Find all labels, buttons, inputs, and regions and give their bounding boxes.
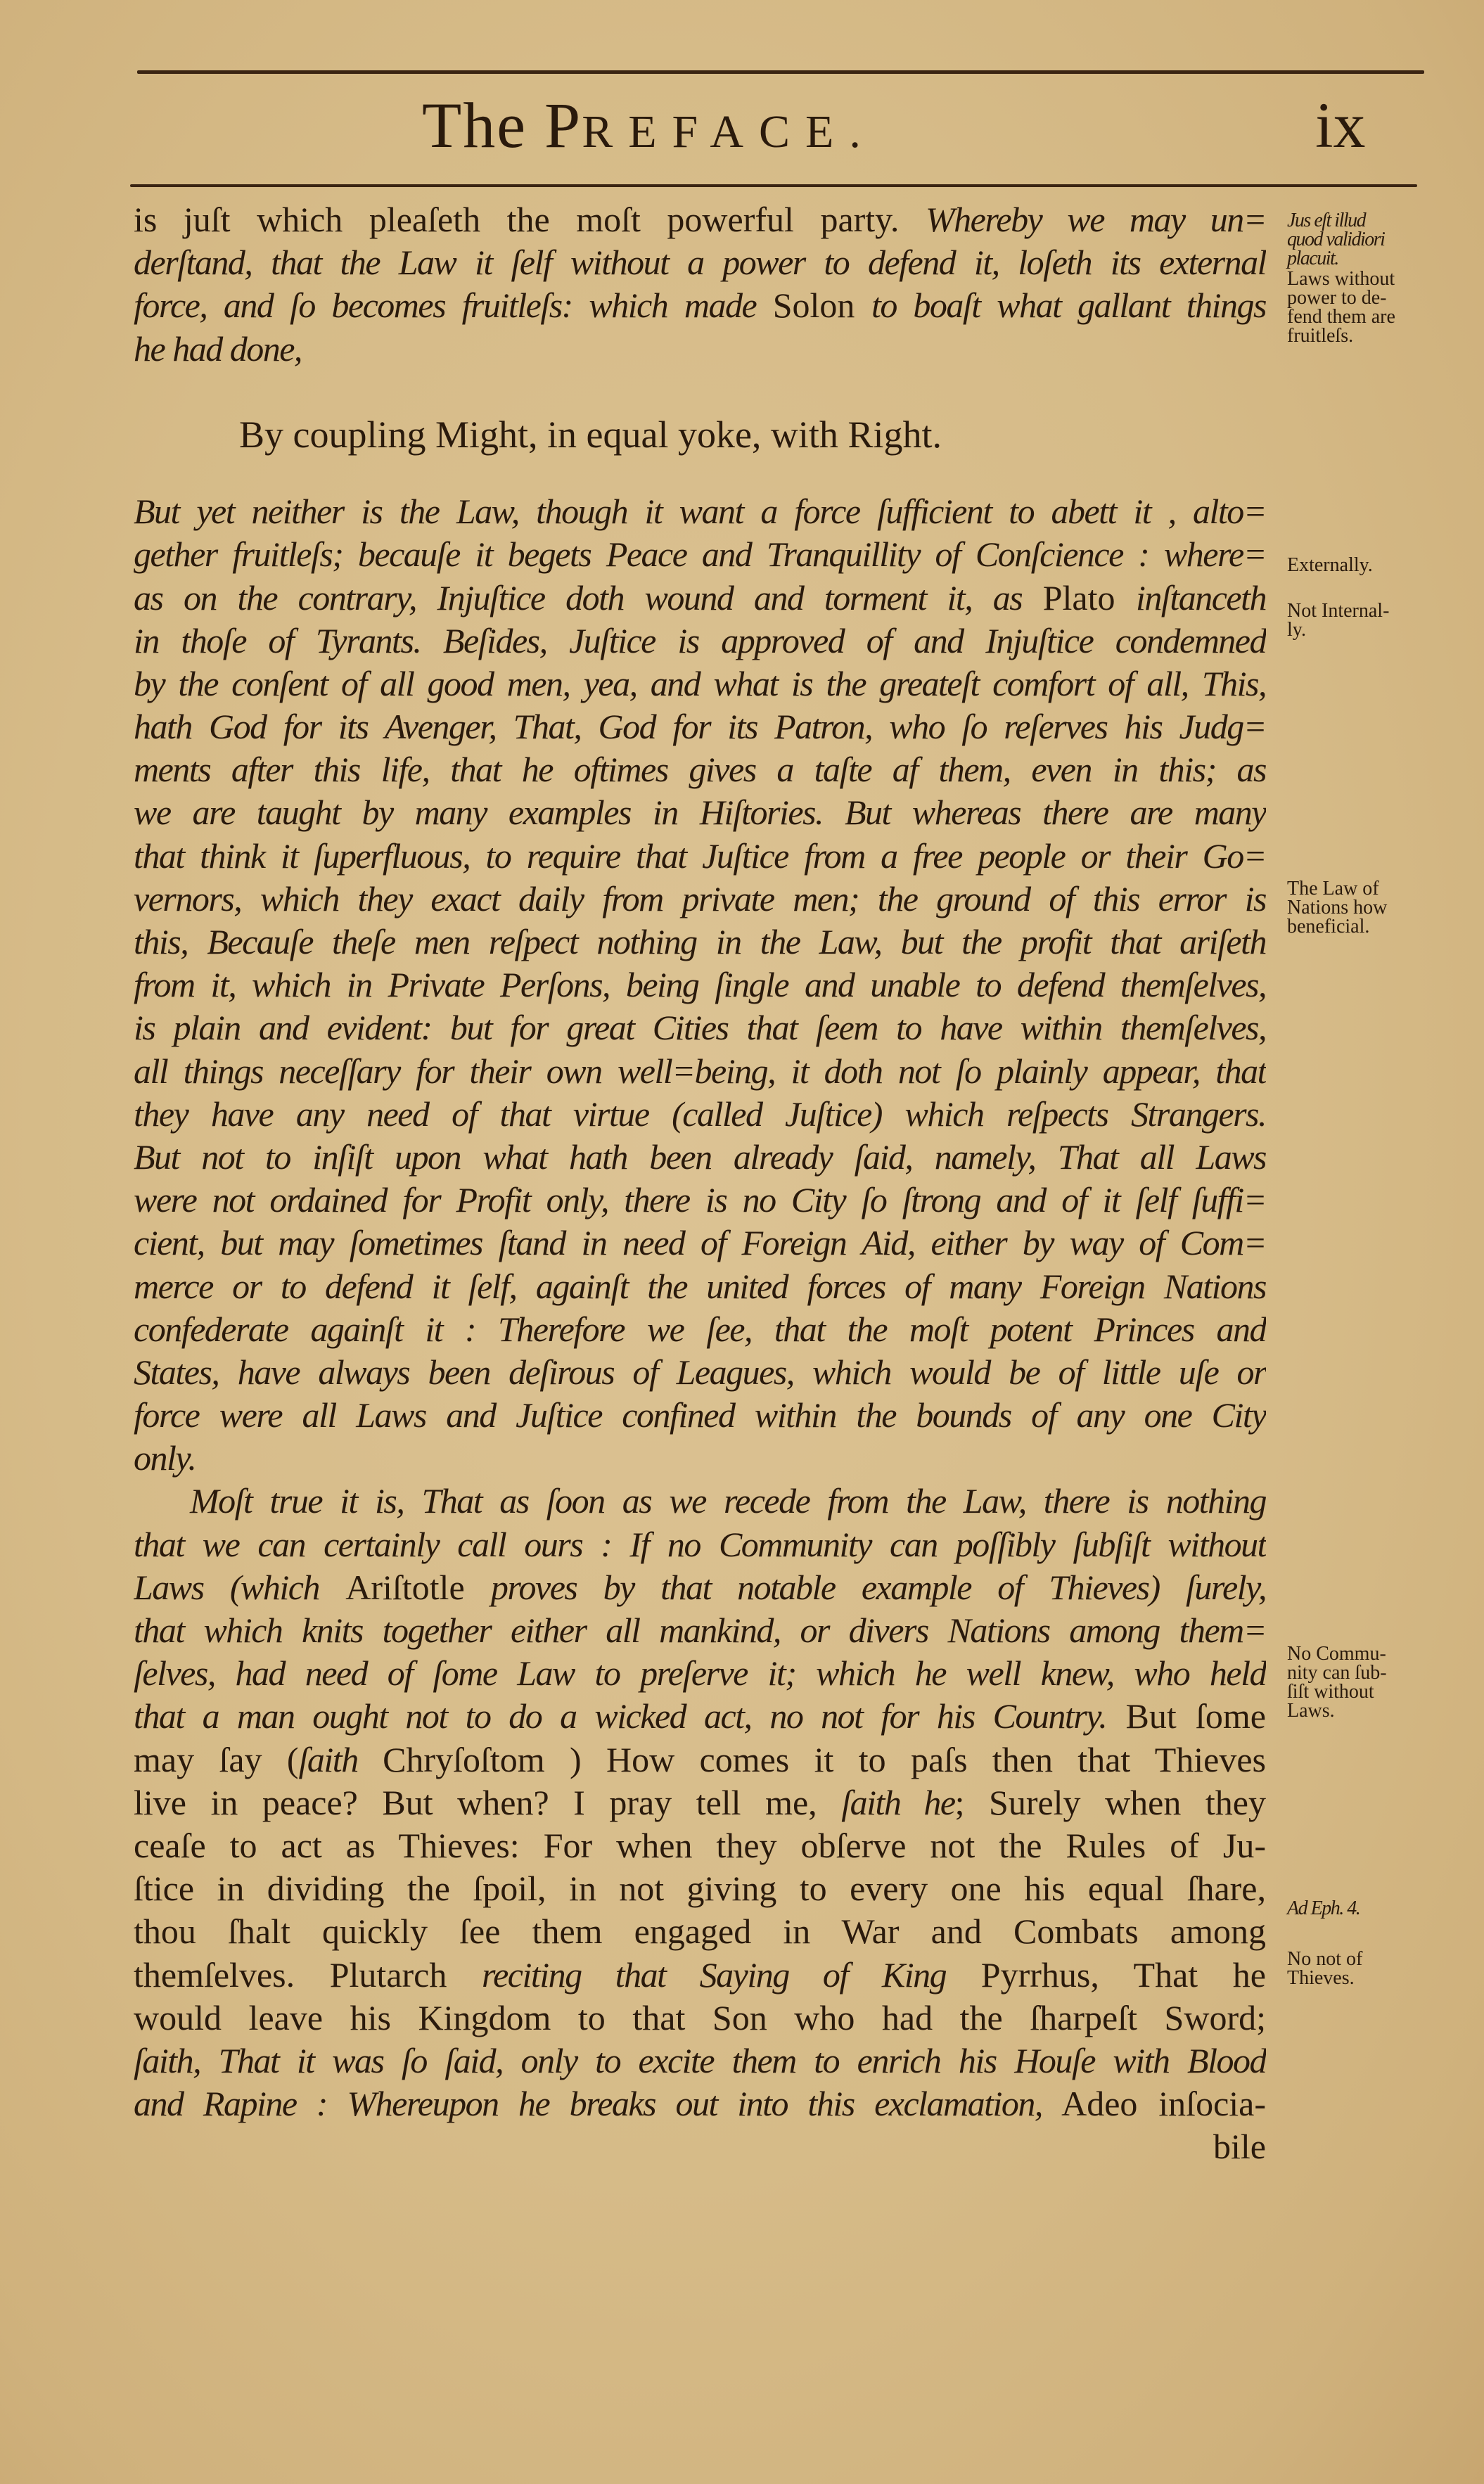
body-text: is juſt which pleaſeth the moſt powerful… xyxy=(134,198,1266,2168)
margin-note-no-not-of-thieves: No not of Thieves. xyxy=(1287,1950,1428,1987)
margin-note-jus-est: Jus eſt illud quod validiori placuit. xyxy=(1287,211,1428,268)
text-line: all things neceſſary for their own well=… xyxy=(134,1050,1266,1093)
running-head: The PREFACE. ix xyxy=(0,83,1484,167)
text-line: ceaſe to act as Thieves: For when they o… xyxy=(134,1824,1266,1867)
header-rule-top xyxy=(137,70,1424,74)
text-line: is plain and evident: but for great Citi… xyxy=(134,1006,1266,1049)
text-line: would leave his Kingdom to that Son who … xyxy=(134,1997,1266,2040)
text-line: merce or to defend it ſelf, againſt the … xyxy=(134,1265,1266,1308)
text-line: force were all Laws and Juſtice confined… xyxy=(134,1394,1266,1437)
text-line: in thoſe of Tyrants. Beſides, Juſtice is… xyxy=(134,620,1266,662)
text-line: that which knits together either all man… xyxy=(134,1609,1266,1652)
margin-note-externally: Externally. xyxy=(1287,556,1428,575)
text-line: as on the contrary, Injuſtice doth wound… xyxy=(134,577,1266,620)
spacer xyxy=(134,371,1266,414)
spacer xyxy=(134,456,1266,490)
text-line: we are taught by many examples in Hiſtor… xyxy=(134,791,1266,834)
text-line: derſtand, that the Law it ſelf without a… xyxy=(134,241,1266,284)
page-number: ix xyxy=(1315,83,1366,167)
margin-note-ad-eph: Ad Eph. 4. xyxy=(1287,1899,1428,1918)
text-line: only. xyxy=(134,1437,1266,1480)
verse-quotation: By coupling Might, in equal yoke, with R… xyxy=(134,414,1266,456)
text-line: force, and ſo becomes fruitleſs: which m… xyxy=(134,284,1266,327)
margin-note-not-internally: Not Internal- ly. xyxy=(1287,601,1428,639)
text-line: thou ſhalt quickly ſee them engaged in W… xyxy=(134,1910,1266,1953)
margin-note-law-of-nations: The Law of Nations how beneficial. xyxy=(1287,879,1428,936)
text-line: that a man ought not to do a wicked act,… xyxy=(134,1695,1266,1738)
text-line: gether fruitleſs; becauſe it begets Peac… xyxy=(134,533,1266,576)
margin-note-laws-without-power: Laws without power to de- fend them are … xyxy=(1287,269,1428,345)
text-line: he had done, xyxy=(134,328,1266,371)
page-title: The PREFACE. xyxy=(422,83,876,174)
catchword: bile xyxy=(134,2125,1266,2168)
text-line: ſtice in dividing the ſpoil, in not givi… xyxy=(134,1867,1266,1910)
header-rule-bottom xyxy=(130,184,1417,187)
text-line: they have any need of that virtue (calle… xyxy=(134,1093,1266,1136)
text-line: this, Becauſe theſe men reſpect nothing … xyxy=(134,921,1266,963)
text-line: States, have always been deſirous of Lea… xyxy=(134,1351,1266,1394)
text-line: and Rapine : Whereupon he breaks out int… xyxy=(134,2082,1266,2125)
text-line: But not to inſiſt upon what hath been al… xyxy=(134,1136,1266,1179)
text-line: that think it ſuperfluous, to require th… xyxy=(134,835,1266,878)
text-line: live in peace? But when? I pray tell me,… xyxy=(134,1781,1266,1824)
title-small-caps: REFACE. xyxy=(582,106,876,158)
text-line: from it, which in Private Perſons, being… xyxy=(134,963,1266,1006)
text-line: confederate againſt it : Therefore we ſe… xyxy=(134,1308,1266,1351)
title-initial: The P xyxy=(422,89,582,161)
text-line: ſelves, had need of ſome Law to preſerve… xyxy=(134,1652,1266,1695)
text-line: But yet neither is the Law, though it wa… xyxy=(134,490,1266,533)
text-line: Laws (which Ariſtotle proves by that not… xyxy=(134,1566,1266,1609)
text-line: by the conſent of all good men, yea, and… xyxy=(134,662,1266,705)
text-line: is juſt which pleaſeth the moſt powerful… xyxy=(134,198,1266,241)
book-page: The PREFACE. ix is juſt which pleaſeth t… xyxy=(0,0,1484,2484)
text-line: may ſay (ſaith Chryſoſtom ) How comes it… xyxy=(134,1739,1266,1781)
text-line: were not ordained for Profit only, there… xyxy=(134,1179,1266,1222)
text-line: ments after this life, that he oftimes g… xyxy=(134,748,1266,791)
text-line: themſelves. Plutarch reciting that Sayin… xyxy=(134,1954,1266,1997)
margin-note-no-community: No Commu- nity can ſub- ſiſt without Law… xyxy=(1287,1644,1428,1720)
text-line: cient, but may ſometimes ſtand in need o… xyxy=(134,1222,1266,1265)
text-line: vernors, which they exact daily from pri… xyxy=(134,878,1266,921)
text-line: that we can certainly call ours : If no … xyxy=(134,1523,1266,1566)
text-line: hath God for its Avenger, That, God for … xyxy=(134,705,1266,748)
text-line: ſaith, That it was ſo ſaid, only to exci… xyxy=(134,2040,1266,2082)
text-line: Moſt true it is, That as ſoon as we rece… xyxy=(134,1480,1266,1523)
